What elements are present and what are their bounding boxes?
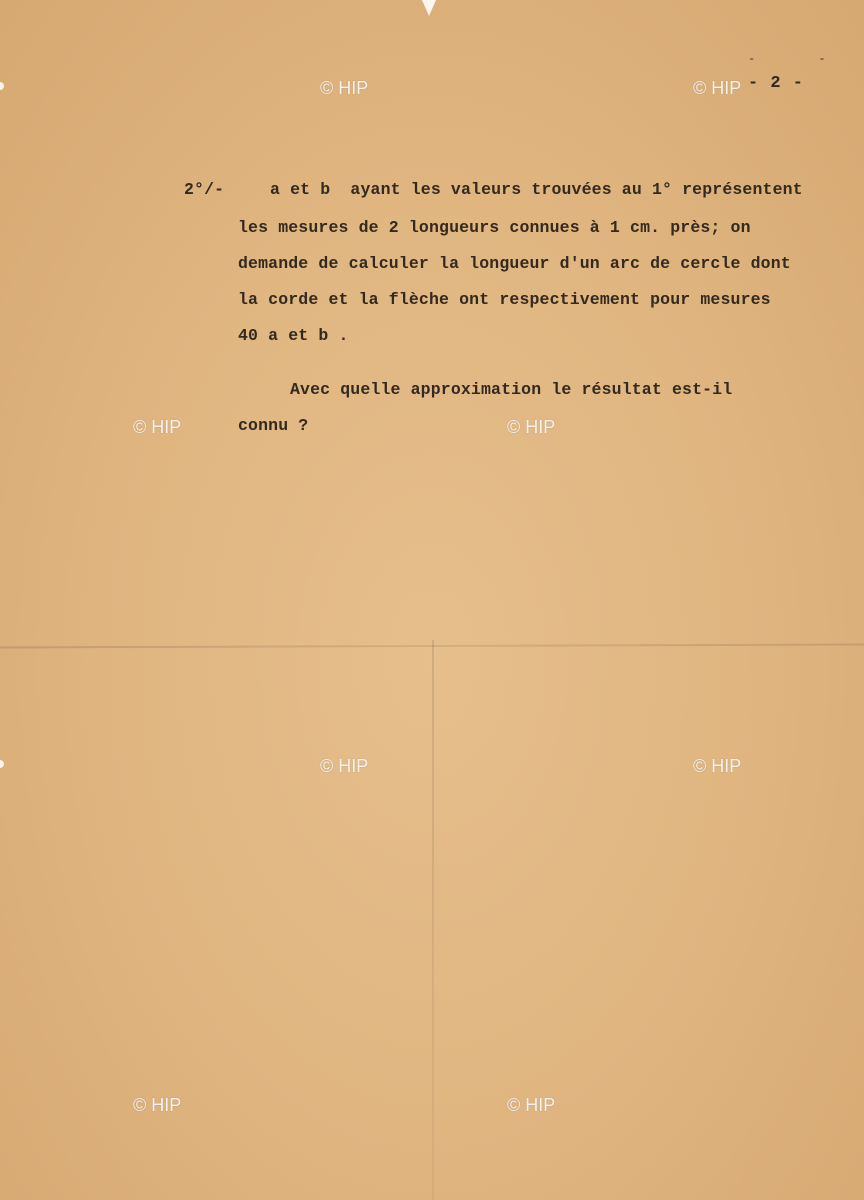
body-line-3: demande de calculer la longueur d'un arc… (238, 254, 791, 273)
hip-watermark: © HIP (320, 78, 368, 99)
hip-watermark: © HIP (507, 417, 555, 438)
vertical-fold-line (432, 640, 434, 1200)
hip-watermark: © HIP (133, 1095, 181, 1116)
body-line-1: a et b ayant les valeurs trouvées au 1° … (270, 180, 803, 199)
hip-watermark: © HIP (133, 417, 181, 438)
page-top-marks: - - (748, 52, 854, 66)
item-label: 2°/- (184, 180, 224, 199)
paper-tear-notch (422, 0, 436, 16)
question-line-1: Avec quelle approximation le résultat es… (290, 380, 732, 399)
hip-watermark: © HIP (693, 756, 741, 777)
body-line-4: la corde et la flèche ont respectivement… (238, 290, 771, 309)
page-number: - 2 - (748, 74, 804, 93)
body-line-2: les mesures de 2 longueurs connues à 1 c… (238, 218, 751, 237)
edge-watermark-dot (0, 760, 4, 768)
edge-watermark-dot (0, 82, 4, 90)
hip-watermark: © HIP (320, 756, 368, 777)
hip-watermark: © HIP (693, 78, 741, 99)
hip-watermark: © HIP (507, 1095, 555, 1116)
question-line-2: connu ? (238, 416, 308, 435)
body-line-5: 40 a et b . (238, 326, 349, 345)
